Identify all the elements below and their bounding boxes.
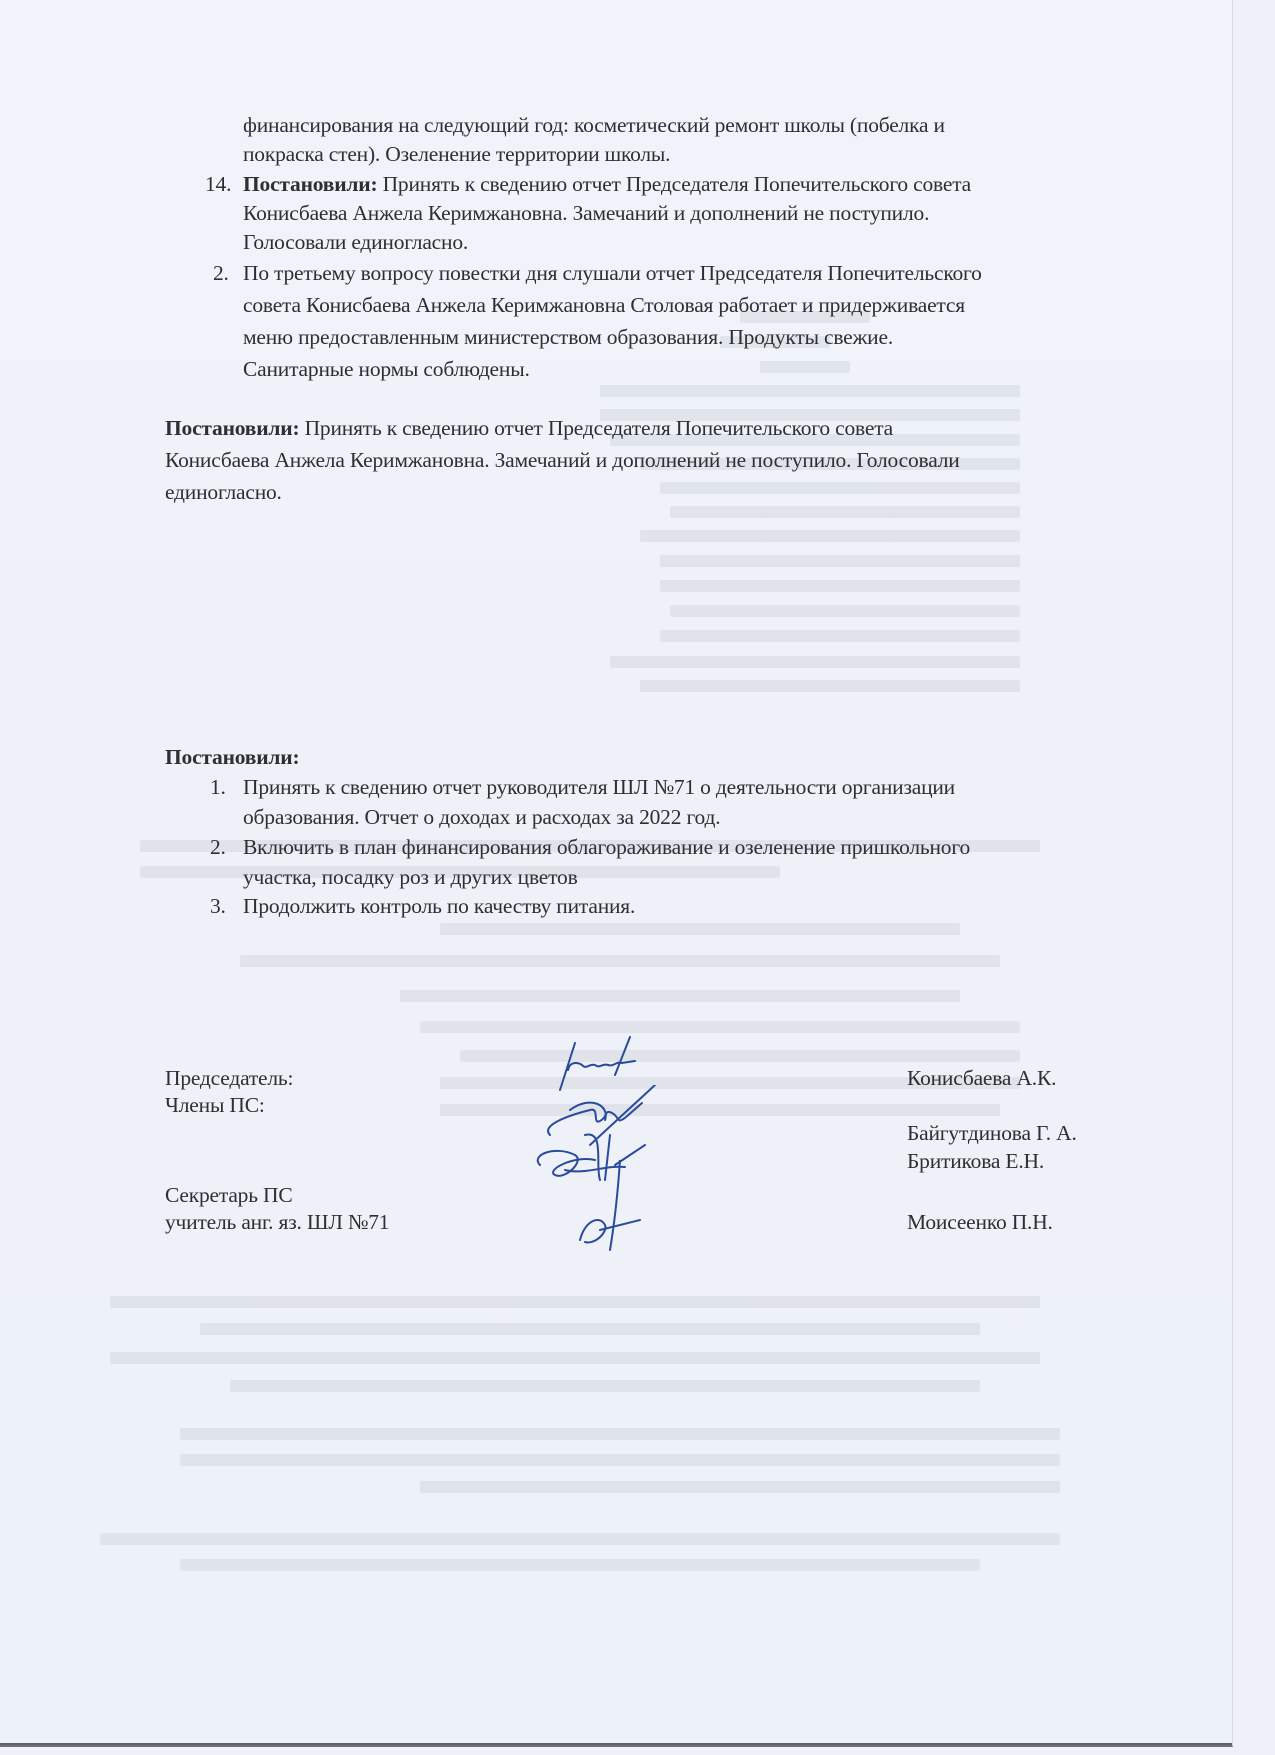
list-number: 1.: [210, 772, 226, 802]
text-line: Принять к сведению отчет Председателя По…: [383, 172, 971, 196]
text-line: покраска стен). Озеленение территории шк…: [243, 139, 670, 169]
text-line: меню предоставленным министерством образ…: [243, 322, 893, 352]
member-name: Бритикова Е.Н.: [907, 1146, 1044, 1176]
text-line: Включить в план финансирования облагораж…: [243, 832, 970, 862]
chair-name: Конисбаева А.К.: [907, 1063, 1056, 1093]
page-bottom-edge: [0, 1743, 1232, 1745]
text-line: Конисбаева Анжела Керимжановна. Замечани…: [243, 198, 929, 228]
members-label: Члены ПС:: [165, 1090, 265, 1120]
secretary-signature-icon: [570, 1160, 650, 1255]
text-line: По третьему вопросу повестки дня слушали…: [243, 258, 982, 288]
list-number: 2.: [213, 258, 229, 288]
secretary-name: Моисеенко П.Н.: [907, 1207, 1053, 1237]
text-line: единогласно.: [165, 477, 282, 507]
text-line: совета Конисбаева Анжела Керимжановна Ст…: [243, 290, 965, 320]
text-line: финансирования на следующий год: космети…: [243, 110, 945, 140]
text-line: участка, посадку роз и других цветов: [243, 862, 578, 892]
secretary-position: учитель анг. яз. ШЛ №71: [165, 1207, 389, 1237]
resolution-label: Постановили:: [243, 172, 377, 196]
text-line: Принять к сведению отчет Председателя По…: [305, 416, 893, 440]
member-name: Байгутдинова Г. А.: [907, 1118, 1077, 1148]
text-line: Продолжить контроль по качеству питания.: [243, 891, 635, 921]
document-page: финансирования на следующий год: космети…: [0, 0, 1233, 1747]
list-number: 14.: [205, 169, 231, 199]
list-number: 3.: [210, 891, 226, 921]
resolution-label: Постановили:: [165, 416, 299, 440]
text-line: Голосовали единогласно.: [243, 227, 468, 257]
list-number: 2.: [210, 832, 226, 862]
text-line: Санитарные нормы соблюдены.: [243, 354, 530, 384]
resolution-label: Постановили:: [165, 745, 299, 769]
text-line: Конисбаева Анжела Керимжановна. Замечани…: [165, 445, 960, 475]
text-line: Принять к сведению отчет руководителя ШЛ…: [243, 772, 955, 802]
text-line: образования. Отчет о доходах и расходах …: [243, 802, 720, 832]
chair-label: Председатель:: [165, 1063, 293, 1093]
secretary-label: Секретарь ПС: [165, 1180, 292, 1210]
